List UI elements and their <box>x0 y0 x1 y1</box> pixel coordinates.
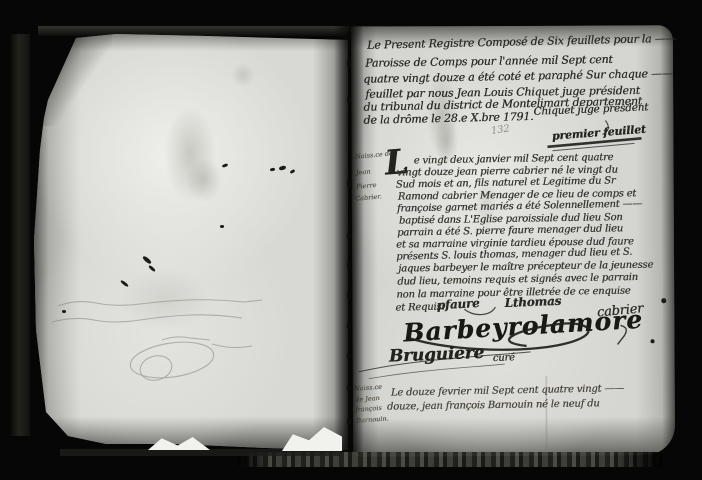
book-cover-edge <box>10 34 30 436</box>
ink-speck <box>270 168 275 172</box>
water-stain <box>154 88 226 220</box>
ink-speck <box>279 165 287 171</box>
ink-bleedthrough <box>44 278 274 398</box>
ink-speck <box>142 255 152 264</box>
ink-speck <box>222 163 229 168</box>
left-page <box>26 30 348 450</box>
water-stain <box>226 58 260 92</box>
ink-speck <box>290 169 296 174</box>
right-page: Le Present Registre Composé de Six feuil… <box>351 25 675 457</box>
ink-speck <box>220 225 224 228</box>
water-stain <box>178 148 230 212</box>
folded-corner-shadow <box>26 30 112 126</box>
ink-speck <box>148 265 156 273</box>
ink-flourishes <box>351 25 675 457</box>
scanned-register-photo: Le Present Registre Composé de Six feuil… <box>0 0 702 480</box>
